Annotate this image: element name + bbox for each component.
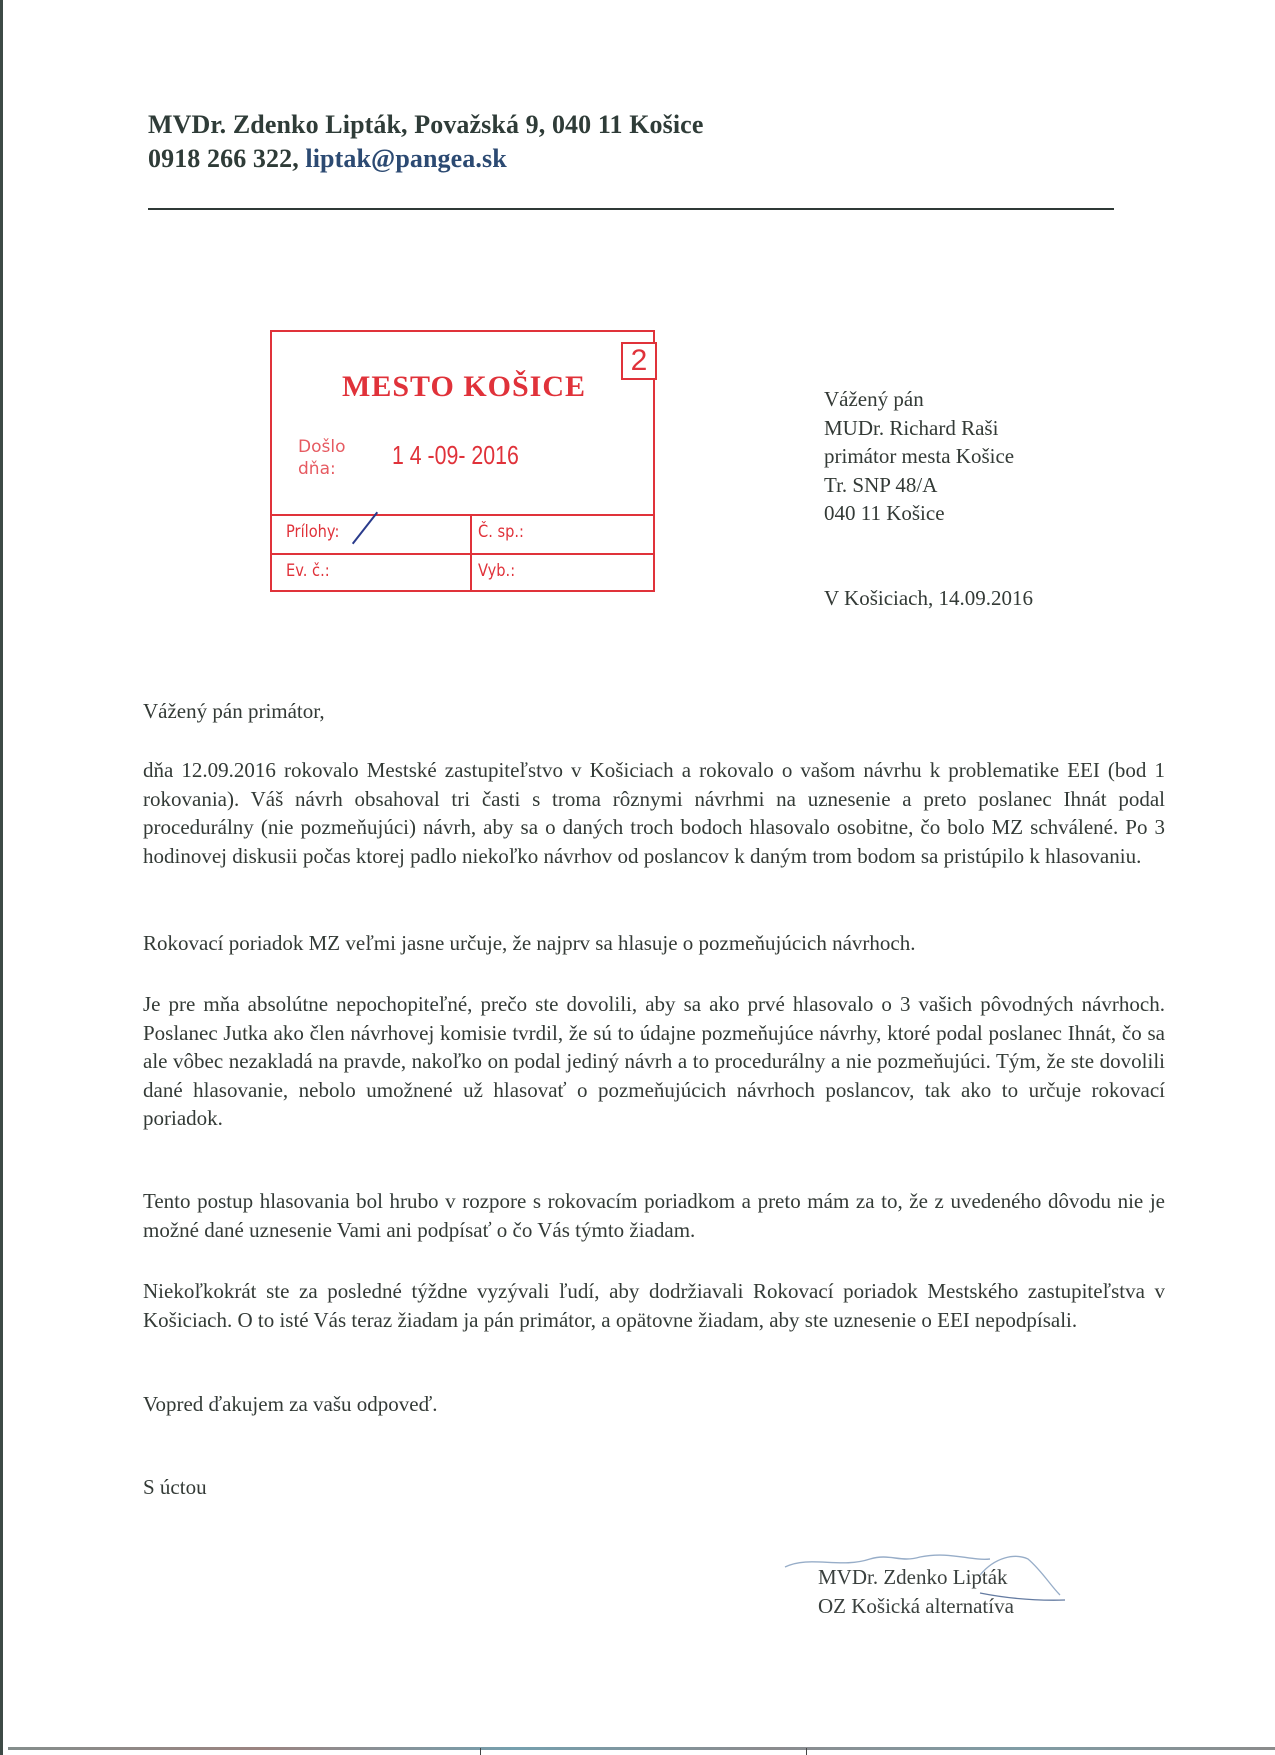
stamp-received-date: 1 4 -09- 2016 [392,440,519,471]
stamp-handled-label: Vyb.: [478,561,515,581]
pen-slash-mark [352,512,378,545]
stamp-title: MESTO KOŠICE [342,370,586,404]
signatory-name: MVDr. Zdenko Lipták [818,1563,1014,1592]
body-paragraph: Rokovací poriadok MZ veľmi jasne určuje,… [143,929,1165,958]
stamp-fields-grid: Prílohy: Č. sp.: Ev. č.: Vyb.: [272,514,653,590]
signature-block: MVDr. Zdenko Lipták OZ Košická alternatí… [818,1563,1014,1621]
body-paragraph: Vopred ďakujem za vašu odpoveď. [143,1390,1165,1419]
scan-edge-left [0,0,3,1755]
stamp-number: 2 [621,342,657,380]
body-paragraph: Je pre mňa absolútne nepochopiteľné, pre… [143,990,1165,1133]
stamp-cell-divider [470,516,472,592]
stamp-received-label-line1: Došlo [298,436,345,458]
closing: S úctou [143,1473,1165,1502]
stamp-attachments-label: Prílohy: [286,522,339,542]
scan-tick [806,1748,807,1755]
body-paragraph: Tento postup hlasovania bol hrubo v rozp… [143,1187,1165,1244]
salutation: Vážený pán primátor, [143,697,1165,726]
registry-stamp: 2 MESTO KOŠICE Došlo dňa: 1 4 -09- 2016 … [270,330,655,592]
letterhead: MVDr. Zdenko Lipták, Považská 9, 040 11 … [148,108,703,176]
scan-tick [480,1748,481,1755]
stamp-registry-number-label: Ev. č.: [286,561,330,581]
header-divider [148,208,1114,210]
recipient-line: primátor mesta Košice [824,442,1014,471]
sender-address: MVDr. Zdenko Lipták, Považská 9, 040 11 … [148,108,703,142]
stamp-received-label: Došlo dňa: [298,436,345,480]
scan-edge-bottom [8,1747,1275,1750]
recipient-address: Vážený pán MUDr. Richard Raši primátor m… [824,385,1014,528]
recipient-line: Tr. SNP 48/A [824,471,1014,500]
sender-email-link[interactable]: liptak@pangea.sk [305,144,506,173]
stamp-row: Prílohy: Č. sp.: [272,516,653,553]
recipient-line: 040 11 Košice [824,499,1014,528]
stamp-row: Ev. č.: Vyb.: [272,553,653,592]
body-paragraph: dňa 12.09.2016 rokovalo Mestské zastupit… [143,756,1165,870]
recipient-line: MUDr. Richard Raši [824,414,1014,443]
sender-contact: 0918 266 322, liptak@pangea.sk [148,142,703,176]
sender-phone: 0918 266 322, [148,144,305,173]
stamp-file-number-label: Č. sp.: [478,522,524,542]
stamp-received-label-line2: dňa: [298,458,345,480]
place-and-date: V Košiciach, 14.09.2016 [824,586,1033,611]
body-paragraph: Niekoľkokrát ste za posledné týždne vyzý… [143,1277,1165,1334]
signatory-organization: OZ Košická alternatíva [818,1592,1014,1621]
recipient-line: Vážený pán [824,385,1014,414]
